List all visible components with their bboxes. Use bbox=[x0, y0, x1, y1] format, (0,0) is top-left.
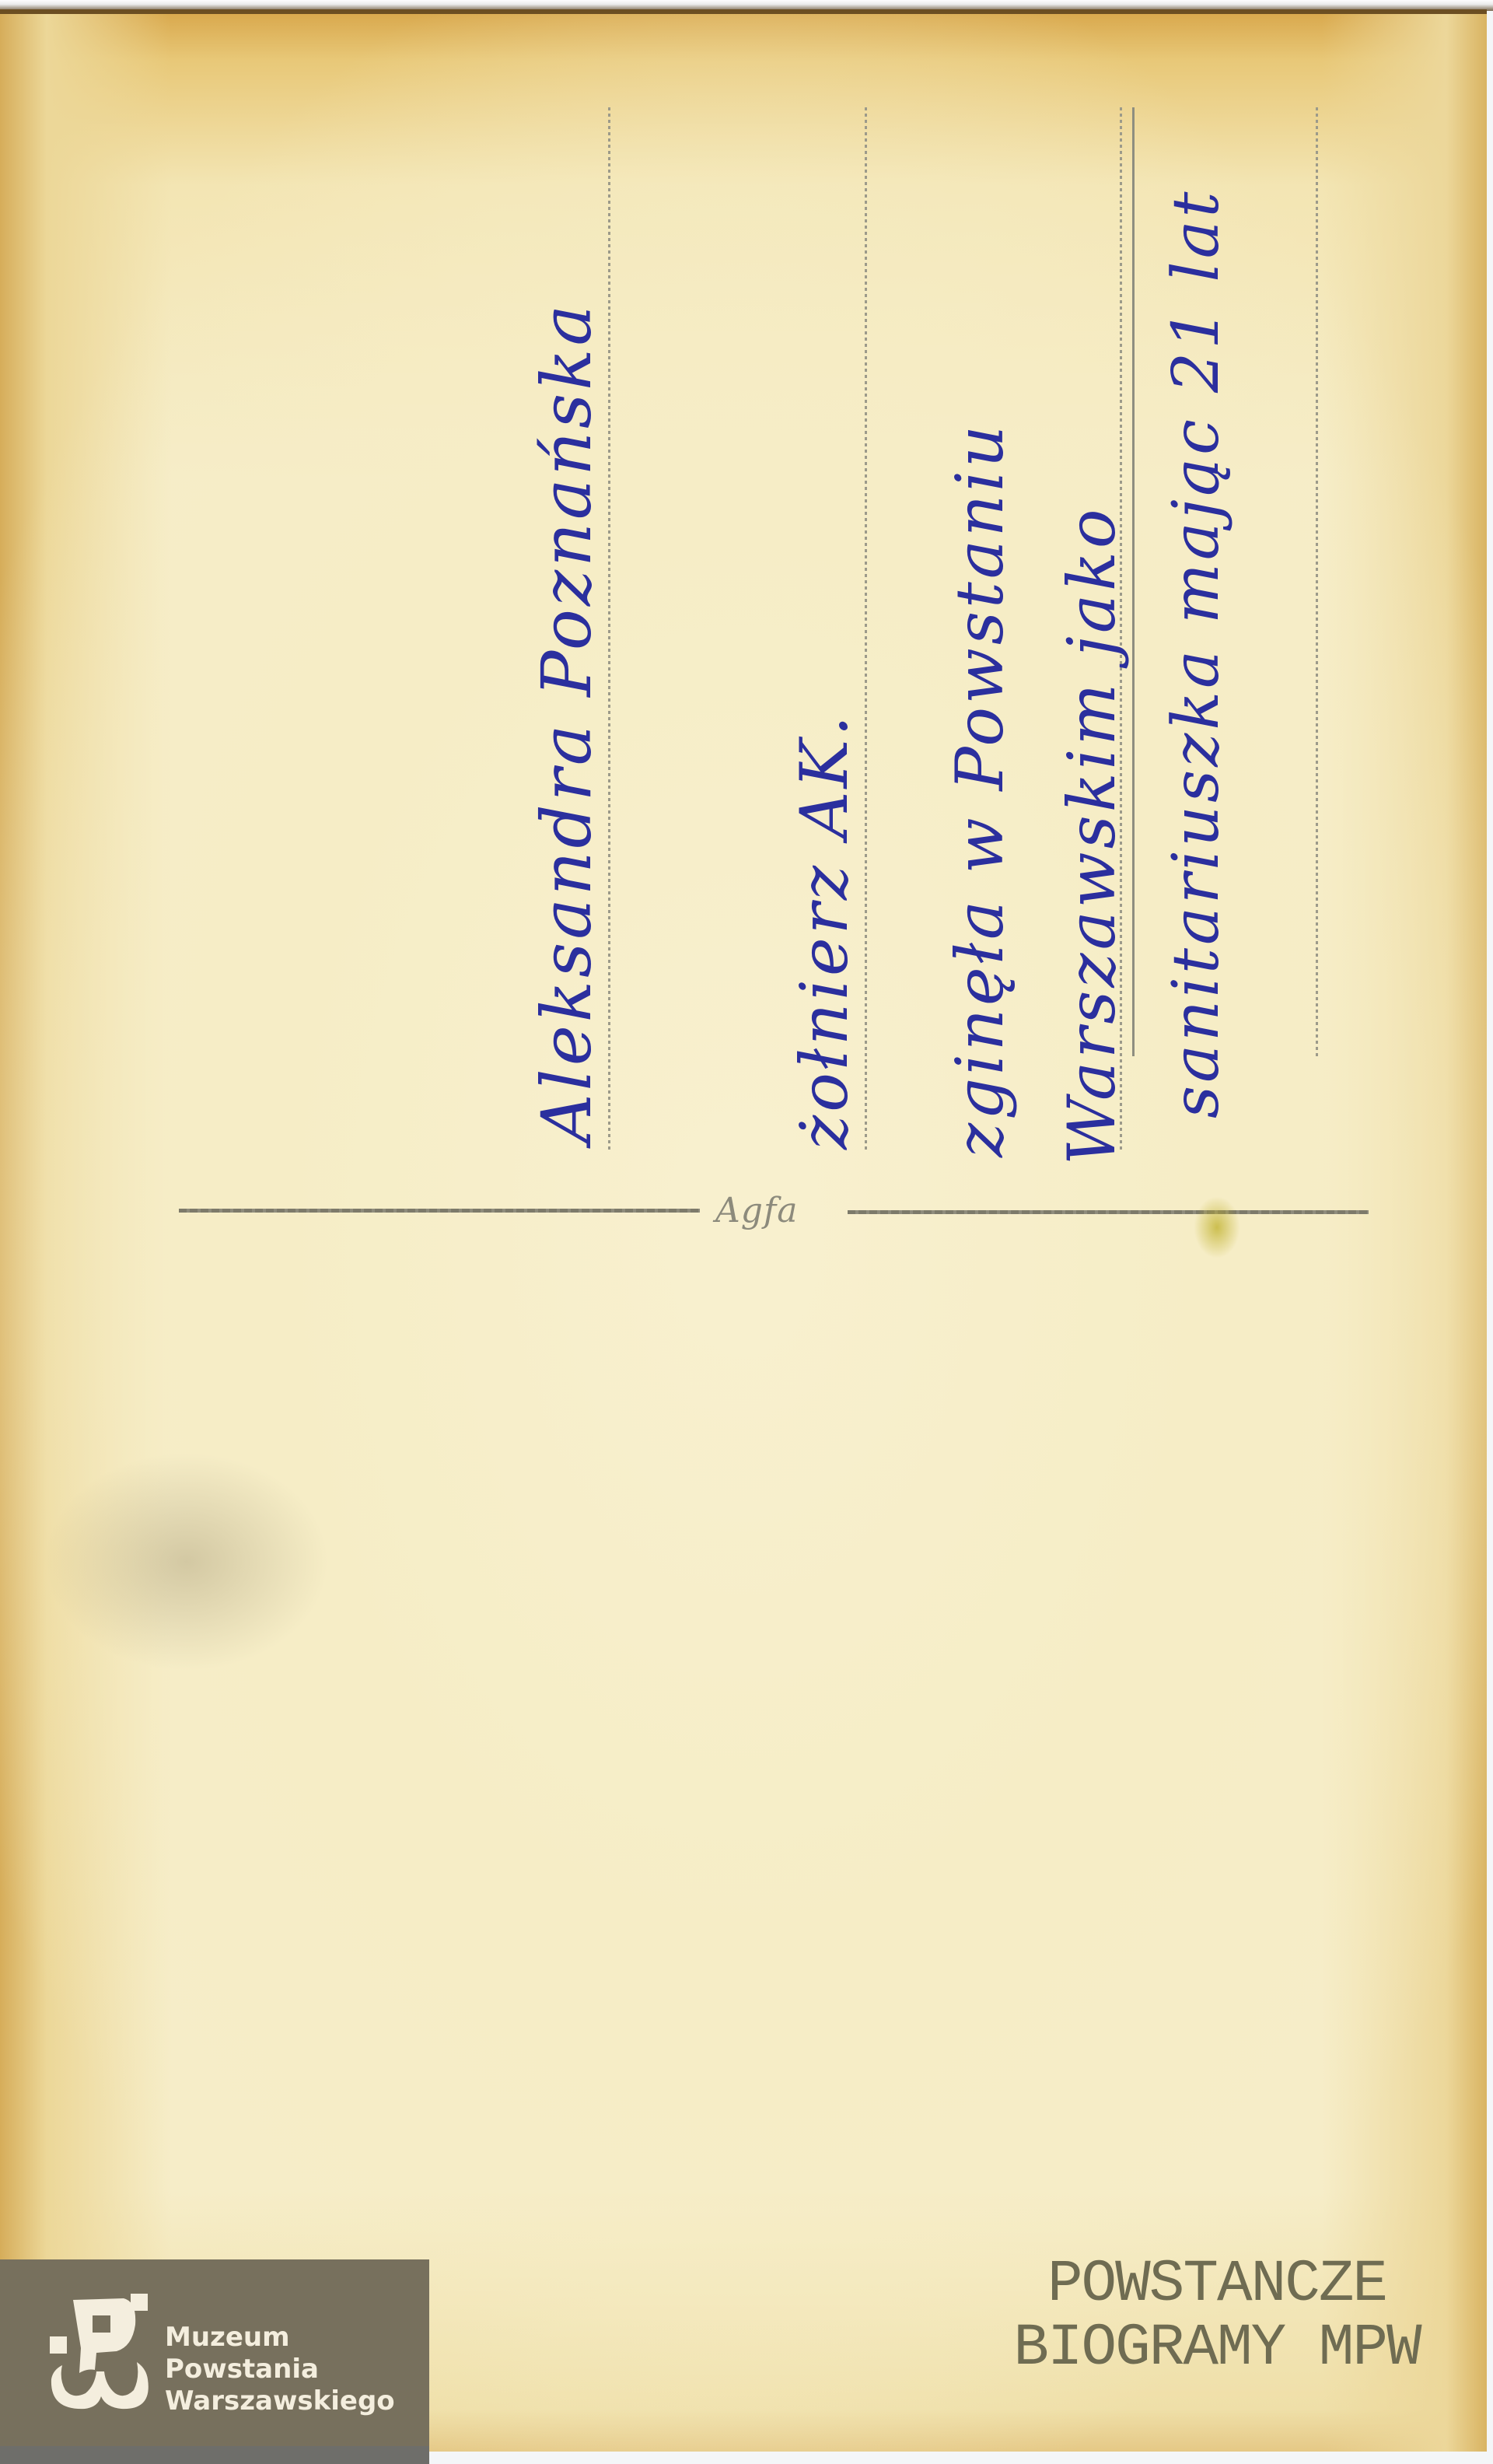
divider-line-left bbox=[179, 1209, 700, 1213]
museum-name-line-2: Powstania bbox=[165, 2354, 395, 2385]
watermark-line-1: POWSTANCZE bbox=[999, 2252, 1435, 2316]
handwritten-rank: żołnierz AK. bbox=[792, 712, 857, 1150]
guide-line-2 bbox=[865, 107, 867, 1150]
handwritten-role-age-line: sanitariuszka mając 21 lat bbox=[1165, 189, 1229, 1118]
museum-name: Muzeum Powstania Warszawskiego bbox=[165, 2322, 395, 2417]
handwritten-uprising-line: Warszawskim jako bbox=[1059, 506, 1124, 1165]
museum-name-line-3: Warszawskiego bbox=[165, 2385, 395, 2417]
museum-name-line-1: Muzeum bbox=[165, 2322, 395, 2354]
watermark-line-2: BIOGRAMY MPW bbox=[999, 2316, 1435, 2380]
museum-logo: Muzeum Powstania Warszawskiego bbox=[0, 2259, 429, 2446]
guide-line-1 bbox=[608, 107, 610, 1150]
guide-line-3-underline bbox=[1132, 107, 1135, 1056]
biogram-watermark: POWSTANCZE BIOGRAMY MPW bbox=[999, 2252, 1435, 2380]
handwritten-death-line: zginęła w Powstaniu bbox=[947, 422, 1012, 1157]
photo-card-back: Aleksandra Poznańska żołnierz AK. zginęł… bbox=[0, 9, 1487, 2452]
kotwica-anchor-icon bbox=[50, 2294, 151, 2410]
agfa-brand-mark: Agfa bbox=[715, 1191, 798, 1230]
ink-stain bbox=[1194, 1196, 1240, 1258]
divider-line-right bbox=[848, 1210, 1369, 1214]
guide-line-4 bbox=[1316, 107, 1318, 1056]
logo-bottom-strip bbox=[0, 2446, 429, 2464]
handwritten-name: Aleksandra Poznańska bbox=[533, 302, 601, 1143]
